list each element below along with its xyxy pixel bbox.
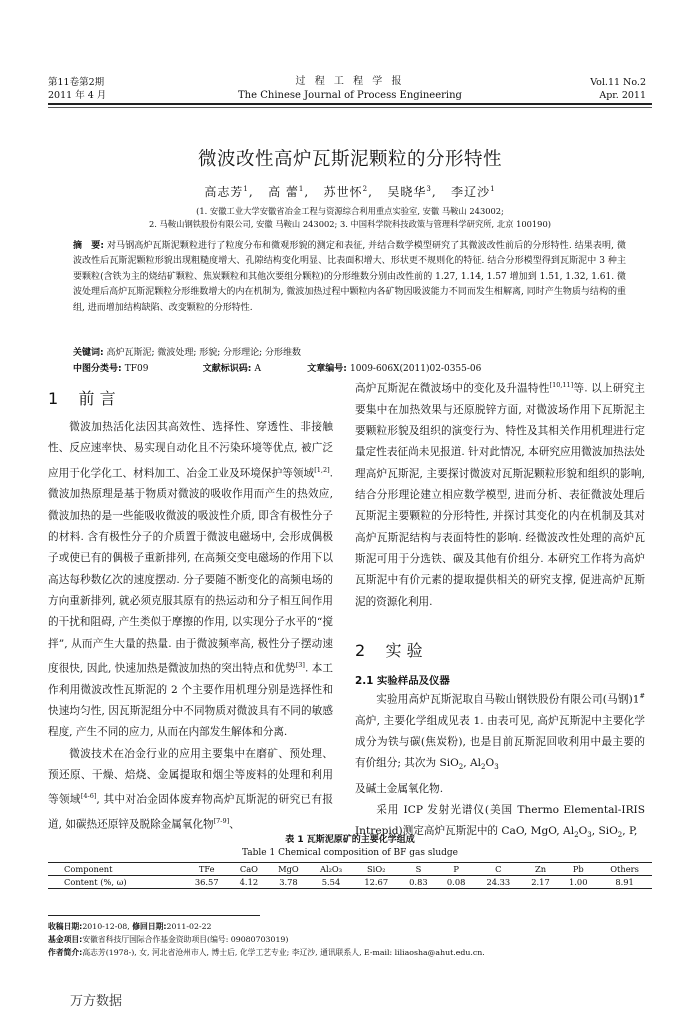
abstract-label: 摘 要:: [73, 241, 104, 251]
paragraph: 微波加热活化法因其高效性、选择性、穿透性、非接触性、反应速率快、易实现自动化且不…: [48, 417, 333, 744]
table-header: Component: [48, 863, 183, 876]
table-cell: 12.67: [353, 876, 400, 889]
footnote-fund: 基金项目:安徽省科技厅国际合作基金资助项目(编号: 09080703019): [48, 934, 668, 946]
table-header: Others: [597, 863, 652, 876]
journal-title-en: The Chinese Journal of Process Engineeri…: [0, 89, 700, 102]
paragraph: 实验用高炉瓦斯泥取自马鞍山钢铁股份有限公司(马钢)1#高炉, 主要化学组成见表 …: [355, 686, 645, 800]
paragraph: 高炉瓦斯泥在微波场中的变化及升温特性[10,11]等. 以上研究主要集中在加热效…: [355, 375, 645, 613]
citation: [4-6]: [81, 792, 97, 800]
table-cell: 8.91: [597, 876, 652, 889]
table-cell: 0.83: [400, 876, 438, 889]
right-column: 高炉瓦斯泥在微波场中的变化及升温特性[10,11]等. 以上研究主要集中在加热效…: [355, 375, 645, 613]
table-cell: 1.00: [559, 876, 597, 889]
left-column: 微波加热活化法因其高效性、选择性、穿透性、非接触性、反应速率快、易实现自动化且不…: [48, 417, 333, 836]
table-header: CaO: [230, 863, 268, 876]
abstract-text: 对马钢高炉瓦斯泥颗粒进行了粒度分布和微观形貌的测定和表征, 并结合数学模型研究了…: [73, 241, 626, 313]
table-row: Content (%, ω) 36.57 4.12 3.78 5.54 12.6…: [48, 876, 652, 889]
table-cell: 24.33: [475, 876, 522, 889]
table-cell: 3.78: [268, 876, 309, 889]
author-affil-mark: 1: [243, 185, 248, 193]
author-name: 李辽沙: [451, 185, 490, 199]
keywords: 关键词: 高炉瓦斯泥; 微波处理; 形貌; 分形理论; 分形维数: [73, 346, 633, 361]
classification-line: 中图分类号: TF09 文献标识码: A 文章编号: 1009-606X(201…: [73, 362, 673, 376]
author-list: 高志芳1, 高 蕾1, 苏世怀2, 吴晓华3, 李辽沙1: [0, 183, 700, 200]
header-rule-thin: [48, 107, 652, 108]
author-affil-mark: 3: [426, 185, 431, 193]
table-header: P: [437, 863, 475, 876]
section-number: 1: [48, 389, 58, 408]
header-volume-en: Vol.11 No.2: [590, 76, 646, 89]
affiliation-line-2: 2. 马鞍山钢铁股份有限公司, 安徽 马鞍山 243002; 3. 中国科学院科…: [0, 218, 700, 231]
chemical-composition-table: Component TFe CaO MgO Al₂O₃ SiO₂ S P C Z…: [48, 862, 652, 889]
article-no-value: 1009-606X(2011)02-0355-06: [350, 364, 481, 374]
table-cell: 5.54: [309, 876, 353, 889]
table-caption-cn: 表 1 瓦斯泥原矿的主要化学组成: [0, 834, 700, 846]
section-2-heading: 2 实 验: [355, 638, 423, 661]
article-no-label: 文章编号:: [307, 364, 347, 374]
table-header: Al₂O₃: [309, 863, 353, 876]
header-rule: [48, 103, 652, 105]
table-cell: 0.08: [437, 876, 475, 889]
citation: [7-9]: [214, 817, 230, 825]
table-caption-en: Table 1 Chemical composition of BF gas s…: [0, 847, 700, 859]
table-header: TFe: [183, 863, 230, 876]
footnote-author: 作者简介:高志芳(1978-), 女, 河北省沧州市人, 博士后, 化学工艺专业…: [48, 947, 668, 959]
author-name: 苏世怀: [324, 185, 363, 199]
subsection-2-1-heading: 2.1 实验样品及仪器: [355, 672, 450, 687]
table-header: MgO: [268, 863, 309, 876]
author-name: 吴晓华: [387, 185, 426, 199]
paragraph: 微波技术在冶金行业的应用主要集中在磨矿、预处理、预还原、干燥、焙烧、金属提取和烟…: [48, 744, 333, 836]
table-header: S: [400, 863, 438, 876]
citation: [1,2]: [314, 466, 329, 474]
table-header: Pb: [559, 863, 597, 876]
citation: [10,11]: [550, 381, 574, 389]
abstract: 摘 要: 对马钢高炉瓦斯泥颗粒进行了粒度分布和微观形貌的测定和表征, 并结合数学…: [73, 239, 626, 316]
keywords-label: 关键词:: [73, 348, 104, 358]
clc-value: TF09: [125, 364, 149, 374]
watermark: 万方数据: [70, 990, 122, 1009]
header-date-en: Apr. 2011: [599, 89, 646, 102]
footnote-dates: 收稿日期:2010-12-08, 修回日期:2011-02-22: [48, 921, 668, 933]
table-cell: 2.17: [522, 876, 560, 889]
affiliation-line-1: (1. 安徽工业大学安徽省冶金工程与资源综合利用重点实验室, 安徽 马鞍山 24…: [0, 205, 700, 218]
table-header: C: [475, 863, 522, 876]
table-header: Zn: [522, 863, 560, 876]
doc-code-label: 文献标识码:: [203, 364, 252, 374]
right-column-s21: 实验用高炉瓦斯泥取自马鞍山钢铁股份有限公司(马钢)1#高炉, 主要化学组成见表 …: [355, 686, 645, 847]
section-title: 前 言: [79, 389, 116, 408]
clc-label: 中图分类号:: [73, 364, 122, 374]
author-affil-mark: 1: [299, 185, 304, 193]
article-title: 微波改性高炉瓦斯泥颗粒的分形特性: [0, 145, 700, 171]
author-affil-mark: 1: [490, 185, 495, 193]
section-number: 2: [355, 641, 365, 660]
doc-code-value: A: [254, 364, 261, 374]
citation: [3]: [296, 661, 305, 669]
author-name: 高志芳: [204, 185, 243, 199]
table-header-row: Component TFe CaO MgO Al₂O₃ SiO₂ S P C Z…: [48, 863, 652, 876]
table-row-label: Content (%, ω): [48, 876, 183, 889]
table-cell: 36.57: [183, 876, 230, 889]
table-header: SiO₂: [353, 863, 400, 876]
author-affil-mark: 2: [363, 185, 368, 193]
keywords-text: 高炉瓦斯泥; 微波处理; 形貌; 分形理论; 分形维数: [106, 348, 301, 358]
table-cell: 4.12: [230, 876, 268, 889]
section-title: 实 验: [386, 641, 423, 660]
author-name: 高 蕾: [268, 185, 299, 199]
footnote-rule: [48, 915, 260, 916]
section-1-heading: 1 前 言: [48, 386, 116, 409]
